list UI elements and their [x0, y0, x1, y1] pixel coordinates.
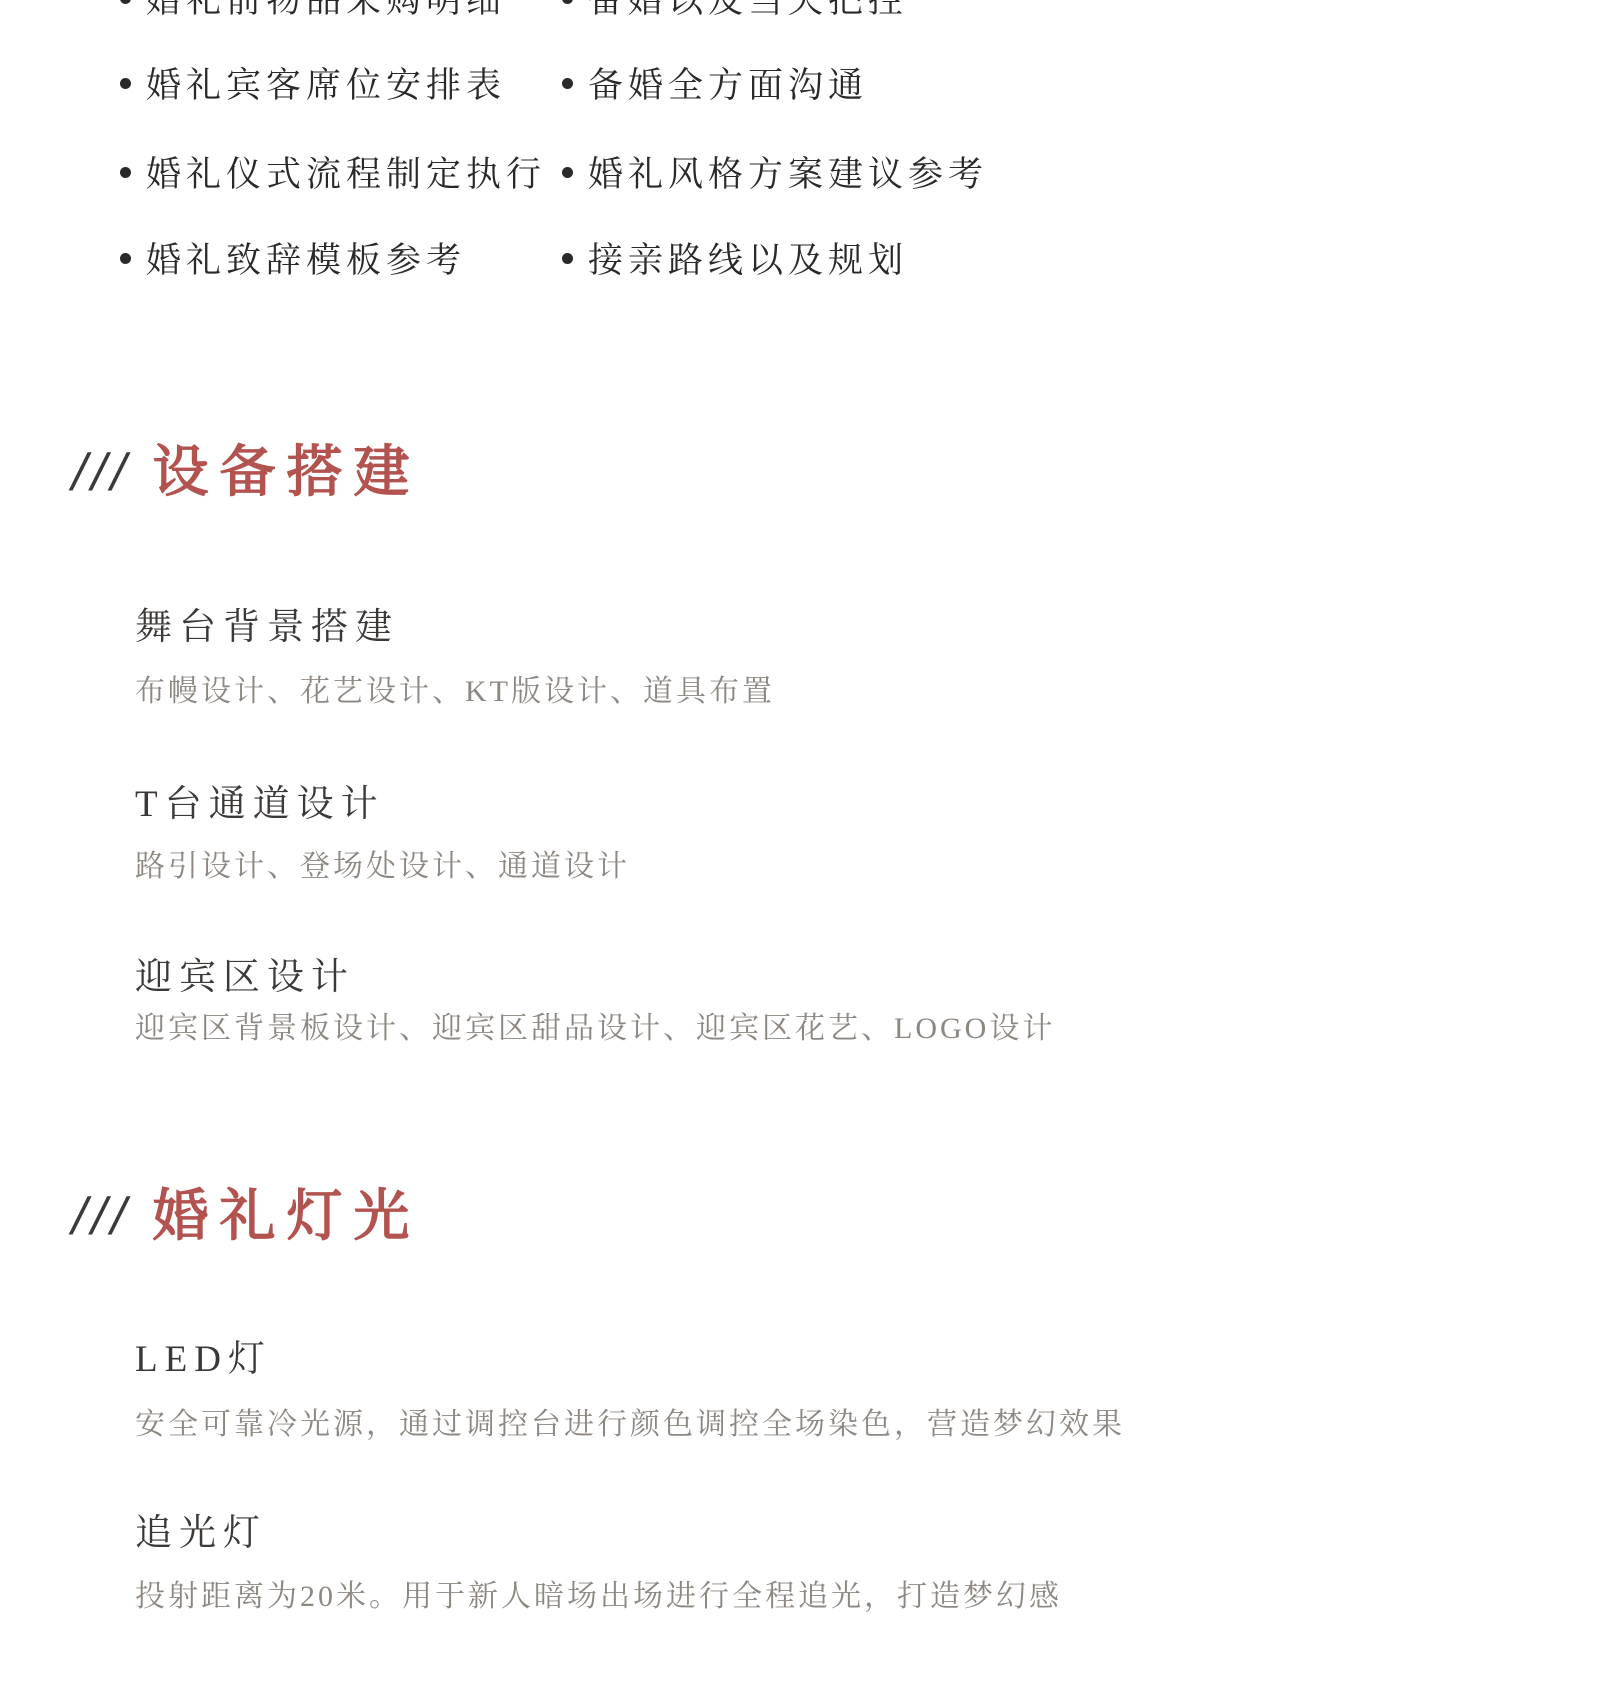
subsection-heading: 迎宾区设计 — [135, 946, 355, 1000]
subsection-description: 路引设计、登场处设计、通道设计 — [135, 841, 630, 885]
bullet-icon — [562, 78, 573, 89]
list-item-label: 婚礼致辞模板参考 — [146, 233, 466, 283]
wedding-service-page: 婚礼前物品采购明细 备婚以及当天把控 婚礼宾客席位安排表 备婚全方面沟通 婚礼仪… — [0, 0, 1600, 1697]
list-item-label: 婚礼仪式流程制定执行 — [146, 147, 546, 197]
list-item-label: 备婚全方面沟通 — [588, 58, 868, 108]
bullet-icon — [120, 0, 131, 4]
subsection-heading: LED灯 — [135, 1328, 272, 1382]
subsection-heading: 追光灯 — [135, 1502, 267, 1556]
list-item: 婚礼前物品采购明细 — [120, 0, 506, 23]
list-item: 备婚全方面沟通 — [562, 58, 868, 108]
triple-slash-icon: /// — [72, 1187, 131, 1241]
list-item: 婚礼宾客席位安排表 — [120, 58, 506, 108]
bullet-icon — [120, 78, 131, 89]
list-item: 婚礼风格方案建议参考 — [562, 147, 988, 197]
section-header-equipment: /// 设备搭建 — [72, 428, 421, 508]
subsection-description: 布幔设计、花艺设计、KT版设计、道具布置 — [135, 666, 775, 710]
list-item-label: 接亲路线以及规划 — [588, 233, 908, 283]
bullet-icon — [120, 253, 131, 264]
list-item: 婚礼致辞模板参考 — [120, 233, 466, 283]
subsection-description: 安全可靠冷光源，通过调控台进行颜色调控全场染色，营造梦幻效果 — [135, 1399, 1125, 1443]
subsection-description: 迎宾区背景板设计、迎宾区甜品设计、迎宾区花艺、LOGO设计 — [135, 1003, 1055, 1047]
list-item-label: 婚礼宾客席位安排表 — [146, 58, 506, 108]
bullet-icon — [562, 253, 573, 264]
bullet-icon — [562, 167, 573, 178]
bullet-icon — [120, 167, 131, 178]
list-item-label: 备婚以及当天把控 — [588, 0, 908, 23]
section-title: 设备搭建 — [153, 428, 421, 508]
list-item: 备婚以及当天把控 — [562, 0, 908, 23]
section-header-lighting: /// 婚礼灯光 — [72, 1172, 421, 1252]
subsection-heading: T台通道设计 — [135, 773, 385, 827]
bullet-icon — [562, 0, 573, 4]
triple-slash-icon: /// — [72, 443, 131, 497]
list-item: 婚礼仪式流程制定执行 — [120, 147, 546, 197]
section-title: 婚礼灯光 — [153, 1172, 421, 1252]
list-item-label: 婚礼风格方案建议参考 — [588, 147, 988, 197]
subsection-description: 投射距离为20米。用于新人暗场出场进行全程追光，打造梦幻感 — [135, 1571, 1062, 1615]
list-item: 接亲路线以及规划 — [562, 233, 908, 283]
list-item-label: 婚礼前物品采购明细 — [146, 0, 506, 23]
subsection-heading: 舞台背景搭建 — [135, 596, 399, 650]
